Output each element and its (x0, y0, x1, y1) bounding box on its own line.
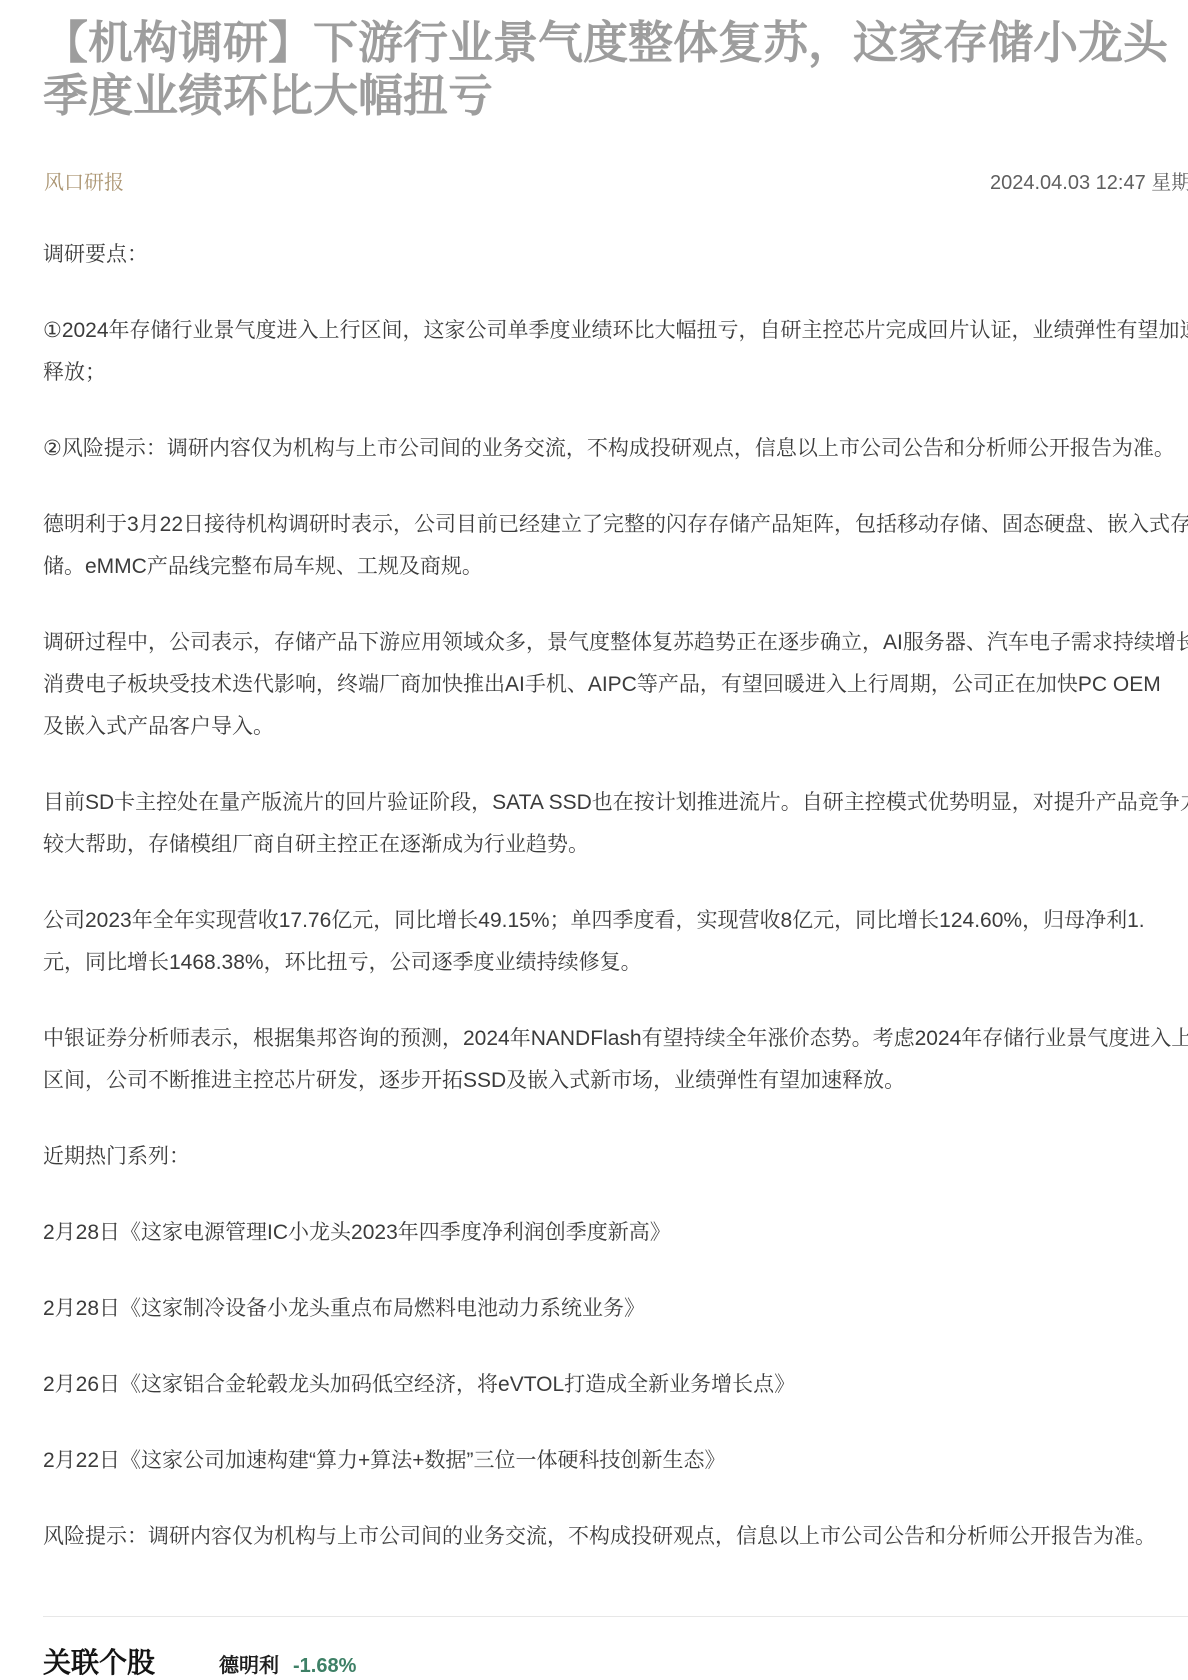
paragraph-line: 较大帮助，存储模组厂商自研主控正在逐渐成为行业趋势。 (43, 824, 1188, 866)
paragraph-line: 目前SD卡主控处在量产版流片的回片验证阶段，SATA SSD也在按计划推进流片。… (43, 782, 1188, 824)
related-stocks-section: 关联个股 德明利 -1.68% (43, 1641, 1188, 1680)
source-tag[interactable]: 风口研报 (44, 172, 124, 194)
paragraph-line: 调研过程中，公司表示，存储产品下游应用领域众多，景气度整体复苏趋势正在逐步确立，… (43, 622, 1188, 664)
section-divider (43, 1616, 1188, 1617)
stock-item[interactable]: 德明利 -1.68% (219, 1649, 356, 1678)
related-stocks-label: 关联个股 (43, 1641, 155, 1680)
article-title-line: 【机构调研】下游行业景气度整体复苏，这家存储小龙头 (43, 16, 1188, 69)
paragraph-line: 区间，公司不断推进主控芯片研发，逐步开拓SSD及嵌入式新市场，业绩弹性有望加速释… (43, 1060, 1188, 1102)
hot-series-item: 2月22日《这家公司加速构建“算力+算法+数据”三位一体硬科技创新生态》 (43, 1440, 1188, 1482)
paragraph-line: ②风险提示：调研内容仅为机构与上市公司间的业务交流，不构成投研观点，信息以上市公… (43, 428, 1188, 470)
paragraph-line: 及嵌入式产品客户导入。 (43, 706, 1188, 748)
hot-series-item: 2月28日《这家电源管理IC小龙头2023年四季度净利润创季度新高》 (43, 1212, 1188, 1254)
stock-change[interactable]: -1.68% (293, 1655, 356, 1678)
article-body: 调研要点：①2024年存储行业景气度进入上行区间，这家公司单季度业绩环比大幅扭亏… (43, 234, 1188, 1558)
paragraph-line: 近期热门系列： (43, 1136, 1188, 1178)
paragraph-line: 元，同比增长1468.38%，环比扭亏，公司逐季度业绩持续修复。 (43, 942, 1188, 984)
paragraph-line: 公司2023年全年实现营收17.76亿元，同比增长49.15%；单四季度看，实现… (43, 900, 1188, 942)
article-title: 【机构调研】下游行业景气度整体复苏，这家存储小龙头 季度业绩环比大幅扭亏 (43, 16, 1188, 122)
paragraph: 中银证券分析师表示，根据集邦咨询的预测，2024年NANDFlash有望持续全年… (43, 1018, 1188, 1102)
paragraph: 调研过程中，公司表示，存储产品下游应用领域众多，景气度整体复苏趋势正在逐步确立，… (43, 622, 1188, 748)
hot-series-link[interactable]: 2月28日《这家电源管理IC小龙头2023年四季度净利润创季度新高》 (43, 1212, 1188, 1254)
paragraph: 目前SD卡主控处在量产版流片的回片验证阶段，SATA SSD也在按计划推进流片。… (43, 782, 1188, 866)
stock-name[interactable]: 德明利 (219, 1649, 279, 1678)
paragraph-line: 中银证券分析师表示，根据集邦咨询的预测，2024年NANDFlash有望持续全年… (43, 1018, 1188, 1060)
paragraph: 德明利于3月22日接待机构调研时表示，公司目前已经建立了完整的闪存存储产品矩阵，… (43, 504, 1188, 588)
paragraph-line: 风险提示：调研内容仅为机构与上市公司间的业务交流，不构成投研观点，信息以上市公司… (43, 1516, 1188, 1558)
paragraph: 公司2023年全年实现营收17.76亿元，同比增长49.15%；单四季度看，实现… (43, 900, 1188, 984)
article-meta: 风口研报 2024.04.03 12:47 星期三 (44, 170, 1188, 196)
paragraph: 调研要点： (43, 234, 1188, 276)
paragraph-line: ①2024年存储行业景气度进入上行区间，这家公司单季度业绩环比大幅扭亏，自研主控… (43, 310, 1188, 352)
paragraph-line: 消费电子板块受技术迭代影响，终端厂商加快推出AI手机、AIPC等产品，有望回暖进… (43, 664, 1188, 706)
paragraph-line: 调研要点： (43, 234, 1188, 276)
hot-series-link[interactable]: 2月22日《这家公司加速构建“算力+算法+数据”三位一体硬科技创新生态》 (43, 1440, 1188, 1482)
hot-series-item: 2月26日《这家铝合金轮毂龙头加码低空经济，将eVTOL打造成全新业务增长点》 (43, 1364, 1188, 1406)
paragraph: 风险提示：调研内容仅为机构与上市公司间的业务交流，不构成投研观点，信息以上市公司… (43, 1516, 1188, 1558)
paragraph: 近期热门系列： (43, 1136, 1188, 1178)
paragraph: ①2024年存储行业景气度进入上行区间，这家公司单季度业绩环比大幅扭亏，自研主控… (43, 310, 1188, 394)
hot-series-link[interactable]: 2月28日《这家制冷设备小龙头重点布局燃料电池动力系统业务》 (43, 1288, 1188, 1330)
paragraph-line: 德明利于3月22日接待机构调研时表示，公司目前已经建立了完整的闪存存储产品矩阵，… (43, 504, 1188, 546)
article-title-line: 季度业绩环比大幅扭亏 (43, 69, 1188, 122)
publish-datetime: 2024.04.03 12:47 星期三 (990, 170, 1188, 196)
paragraph: ②风险提示：调研内容仅为机构与上市公司间的业务交流，不构成投研观点，信息以上市公… (43, 428, 1188, 470)
hot-series-item: 2月28日《这家制冷设备小龙头重点布局燃料电池动力系统业务》 (43, 1288, 1188, 1330)
paragraph-line: 储。eMMC产品线完整布局车规、工规及商规。 (43, 546, 1188, 588)
paragraph-line: 释放； (43, 352, 1188, 394)
hot-series-link[interactable]: 2月26日《这家铝合金轮毂龙头加码低空经济，将eVTOL打造成全新业务增长点》 (43, 1364, 1188, 1406)
article-page: 【机构调研】下游行业景气度整体复苏，这家存储小龙头 季度业绩环比大幅扭亏 风口研… (0, 0, 1188, 1680)
